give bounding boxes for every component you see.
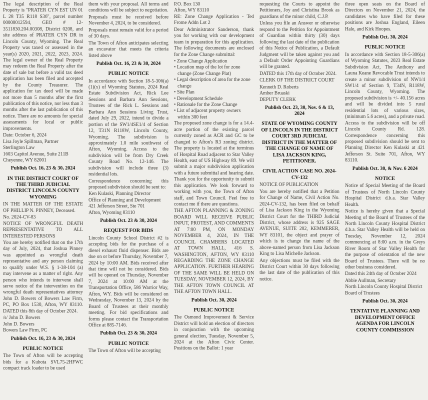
notice-paragraph: Correspondence concerning this proposed … [89, 178, 169, 190]
notice-paragraph: The legal description of the Real Proper… [3, 2, 83, 133]
notice-paragraph: CLERK OF THE DISTRICT COURT [260, 78, 340, 84]
notice-paragraph: Lincoln County School District #2 is acc… [89, 235, 169, 328]
notice-paragraph: NOTICE OF PUBLICATION [260, 182, 340, 188]
notice-paragraph: Proposals must be received before Novemb… [89, 14, 169, 26]
publish-date-line: Publish Oct. 30, & Nov. 6 2024 [345, 166, 425, 172]
notice-paragraph: IN THE MATTER OF THE ESTATE OF PHILLIP N… [3, 202, 83, 214]
notice-heading: PUBLIC NOTICE [5, 346, 82, 352]
publish-date-line: Publish Oct. 23 & 30, 2024 [89, 218, 169, 224]
notice-paragraph: The proposed zone change is for a 14.4-a… [174, 121, 254, 208]
notice-paragraph: requesting the Courts to appoint the Pet… [260, 2, 340, 21]
page-sheet: The legal description of the Real Proper… [0, 0, 428, 400]
notice-address-line: DEPUTY CLERK [260, 97, 340, 103]
publish-date-line: Publish Oct. 16, 23 & 30, 2024 [3, 336, 83, 342]
notice-address-line: Afton, Wyoming 83110 [89, 210, 169, 216]
notice-paragraph: THE AFTON PLANNING & ZONING BOARD WILL R… [174, 208, 254, 295]
publish-date-line: Publish Oct. 30, 2024 [345, 299, 425, 305]
publish-date-line: Publish Oct. 23, 30, Nov. 6 & 13, 2024 [260, 105, 340, 117]
notice-heading: PUBLIC NOTICE [347, 45, 424, 51]
notice-paragraph: You are hereby notified that a Petition … [260, 189, 340, 257]
notice-paragraph: The Town of Afton will be accepting [89, 348, 169, 354]
notice-column-1: The legal description of the Real Proper… [3, 2, 83, 399]
notice-heading: CIVIL ACTION CASE NO. 2024-CV-132 [261, 169, 338, 181]
notice-heading: TENTATIVE PLANNING AND DEVELOPMENT OFFIC… [347, 309, 424, 334]
notice-paragraph: The Town of Afton anticipates selecting … [89, 40, 169, 59]
notice-address-line: Board of Trustees [345, 290, 425, 296]
notice-paragraph: RE: Zone Change Application - Ted Frome … [174, 14, 254, 26]
publish-date-line: Publish Oct. 16, 23 & 30, 2024 [3, 166, 83, 172]
notice-paragraph: Notice is hereby given that a Special Me… [345, 209, 425, 271]
notice-heading: REQUEST FOR BIDS [90, 228, 167, 234]
publish-date-line: Publish Oct. 30, 2024 [345, 35, 425, 41]
notice-heading: PUBLIC NOTICE [90, 341, 167, 347]
notice-bullet-item: • List of adjacent property owners withi… [174, 108, 254, 120]
newspaper-public-notices-page: The legal description of the Real Proper… [0, 0, 428, 400]
notice-heading: STATE OF WYOMING COUNTY OF LINCOLN IN TH… [261, 121, 338, 165]
notice-column-4: requesting the Courts to appoint the Pet… [260, 2, 340, 399]
notice-paragraph: The Osmond Improvement & Service Distric… [174, 315, 254, 352]
notice-heading: IN THE DISTRICT COURT OF THE THIRD JUDIC… [5, 176, 82, 201]
notice-paragraph: Unless you file an Answer or otherwise r… [260, 21, 340, 71]
notice-heading: NOTICE [347, 176, 424, 182]
publish-date-line: Publish Oct. 23 & 30, 2024 [89, 331, 169, 337]
notice-address-line: North Lincoln County Hospital District [345, 284, 425, 290]
notice-address-line: Cheyenne, WY 82001 [3, 157, 83, 163]
notice-paragraph: them with your proposal. All terms and c… [89, 2, 169, 14]
notice-paragraph: In accordance with Section 18-5-306(a) o… [345, 52, 425, 164]
notice-bullet-item: • Legal description of area for the zone… [174, 77, 254, 89]
notice-address-line: Bowers Law Firm, PC [3, 328, 83, 334]
notice-heading: PUBLIC NOTICE [90, 71, 167, 77]
notice-paragraph: Dear Administrator Sanderson, thank you … [174, 27, 254, 58]
publish-date-line: Publish Oct. 30, 2024 [174, 297, 254, 303]
notice-paragraph: You are hereby notified that on the 17th… [3, 240, 83, 315]
notice-column-5: three open seats on the Board of Directo… [345, 2, 425, 399]
notice-heading: PUBLIC NOTICE [176, 307, 253, 313]
notice-paragraph: The Town of Afton will be accepting bids… [3, 353, 83, 372]
notice-bullet-item: • Location map of the lot for zone chang… [174, 65, 254, 77]
notice-paragraph: Notice of Special Meeting of the Board o… [345, 183, 425, 208]
notice-column-3: P.O. Box 130Afton, WY 83110RE: Zone Chan… [174, 2, 254, 399]
notice-paragraph: DATED this 17th day of October 2024. [260, 71, 340, 77]
notice-paragraph: NOTICE OF WRONGFUL DEATH REPRESENTATIVE … [3, 221, 83, 240]
notice-paragraph: In accordance with Section 18-5-306(a)(1… [89, 78, 169, 178]
publish-date-line: Publish Oct. 16, 23 & 30, 2024 [89, 61, 169, 67]
notice-paragraph: Any objections must be filed with the Di… [260, 258, 340, 283]
notice-paragraph: Proposals must remain valid for a period… [89, 27, 169, 39]
notice-paragraph: three open seats on the Board of Directo… [345, 2, 425, 33]
notice-paragraph: Dated this 24th day of October 2024 [345, 271, 425, 277]
notice-column-2: them with your proposal. All terms and c… [89, 2, 169, 399]
